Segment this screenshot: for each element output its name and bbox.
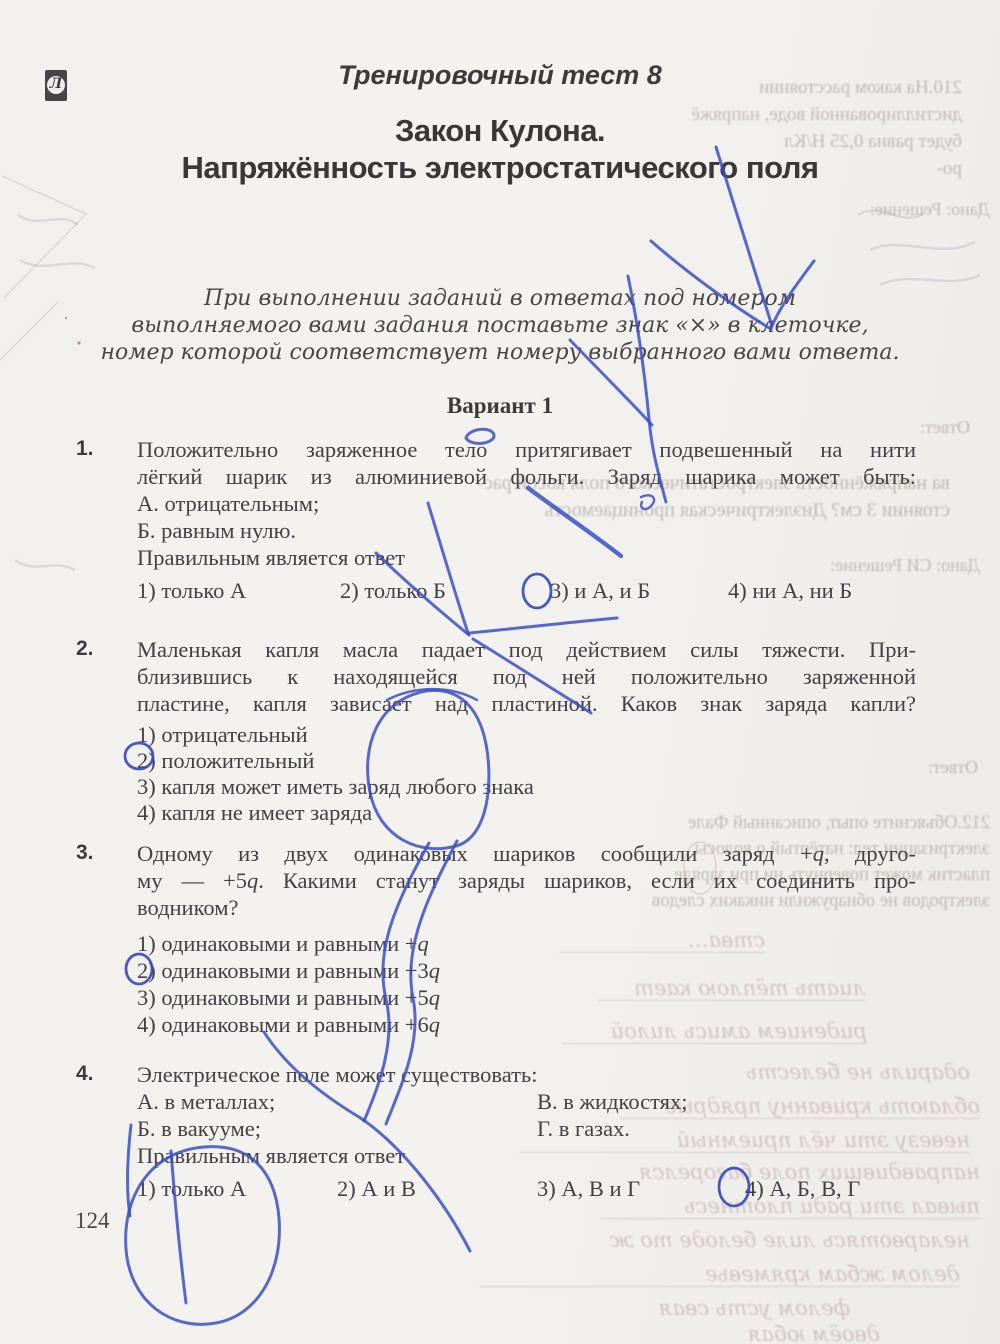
question3-number: 3. bbox=[76, 841, 94, 865]
question4-answer-4: 4) А, Б, В, Г bbox=[745, 1176, 860, 1202]
bleed-through-handwriting-row: ства… bbox=[560, 928, 765, 953]
bleed-through-handwriting-row: фелом усть свая bbox=[330, 1296, 850, 1320]
question3-text: му — +5q. Какими станут заряды шариков, … bbox=[137, 868, 916, 894]
bleed-through-handwriting-row: одариль не белесть bbox=[640, 1060, 970, 1084]
question4-item-g: Г. в газах. bbox=[537, 1116, 630, 1142]
question1-prompt: Правильным является ответ bbox=[137, 545, 405, 571]
question1-text: лёгкий шарик из алюминиевой фольги. Заря… bbox=[137, 464, 916, 490]
question2-number: 2. bbox=[76, 637, 94, 661]
topic-title-line2: Напряжённость электростатического поля bbox=[0, 150, 1000, 186]
scanned-workbook-page: 210.На каком расстоянии дистиллированной… bbox=[0, 0, 1000, 1344]
bleed-through-otvet-mid: Ответ: bbox=[868, 754, 978, 781]
question3-option-2: 2) одинаковыми и равными +3q bbox=[137, 958, 440, 984]
question2-text: близившись к находящейся под ней положит… bbox=[137, 664, 916, 690]
question4-prompt: Правильным является ответ bbox=[137, 1143, 405, 1169]
question1-number: 1. bbox=[76, 437, 94, 461]
question2-option-1: 1) отрицательный bbox=[137, 722, 308, 748]
bleed-through-handwriting-row: делом жбам крямевье bbox=[480, 1262, 960, 1287]
question3-option-3: 3) одинаковыми и равными +5q bbox=[137, 985, 440, 1011]
question1-item-a: А. отрицательным; bbox=[137, 491, 319, 517]
question4-item-v: В. в жидкостях; bbox=[537, 1089, 688, 1115]
question4-answer-3: 3) А, В и Г bbox=[537, 1176, 640, 1202]
question1-answer-2: 2) только Б bbox=[340, 578, 446, 604]
ink-circle-q1-answer3 bbox=[523, 574, 551, 608]
question4-answer-2: 2) А и В bbox=[337, 1176, 416, 1202]
question4-item-a: А. в металлах; bbox=[137, 1089, 275, 1115]
question4-text: Электрическое поле может существовать: bbox=[137, 1062, 537, 1088]
question1-answer-1: 1) только А bbox=[137, 578, 246, 604]
question2-option-3: 3) капля может иметь заряд любого знака bbox=[137, 774, 534, 800]
instructions-line3: номер которой соответствует номеру выбра… bbox=[0, 340, 1000, 365]
question4-number: 4. bbox=[76, 1062, 94, 1086]
question1-text: Положительно заряженное тело притягивает… bbox=[137, 437, 916, 463]
question2-text: пластине, капля зависает над пластиной. … bbox=[137, 691, 916, 717]
question3-option-4: 4) одинаковыми и равными +6q bbox=[137, 1012, 440, 1038]
bleed-through-handwriting-row: двоём юбая bbox=[500, 1322, 880, 1344]
question1-answer-3: 3) и А, и Б bbox=[550, 578, 650, 604]
variant-heading: Вариант 1 bbox=[0, 393, 1000, 419]
question3-text: водником? bbox=[137, 895, 238, 921]
bleed-through-handwriting-row: лиать тёплою кает bbox=[598, 976, 866, 1001]
question1-answer-4: 4) ни А, ни Б bbox=[728, 578, 852, 604]
question4-item-b: Б. в вакууме; bbox=[137, 1116, 261, 1142]
question4-answer-1: 1) только А bbox=[137, 1176, 246, 1202]
bleed-through-handwriting-row: неларвотясь лиле белоде то ж bbox=[370, 1228, 970, 1252]
bleed-through-dano-mid: Дано: СИ Решение: bbox=[700, 552, 980, 579]
question2-option-4: 4) капля не имеет заряда bbox=[137, 800, 372, 826]
test-title: Тренировочный тест 8 bbox=[0, 60, 1000, 91]
instructions-line1: При выполнении заданий в ответах под ном… bbox=[0, 286, 1000, 311]
page-number: 124 bbox=[75, 1208, 110, 1234]
bleed-through-dano-top: Дано: Решение: bbox=[758, 196, 990, 223]
question2-text: Маленькая капля масла падает под действи… bbox=[137, 637, 916, 663]
instructions-line2: выполняемого вами задания поставьте знак… bbox=[0, 313, 1000, 338]
topic-title-line1: Закон Кулона. bbox=[0, 113, 1000, 149]
question3-text: Одному из двух одинаковых шариков сообщи… bbox=[137, 841, 916, 867]
question1-item-b: Б. равным нулю. bbox=[137, 518, 296, 544]
question2-option-2: 2) положительный bbox=[137, 748, 314, 774]
bleed-through-handwriting-row: ридением амись лилой bbox=[562, 1019, 867, 1044]
question3-option-1: 1) одинаковыми и равными +q bbox=[137, 931, 429, 957]
